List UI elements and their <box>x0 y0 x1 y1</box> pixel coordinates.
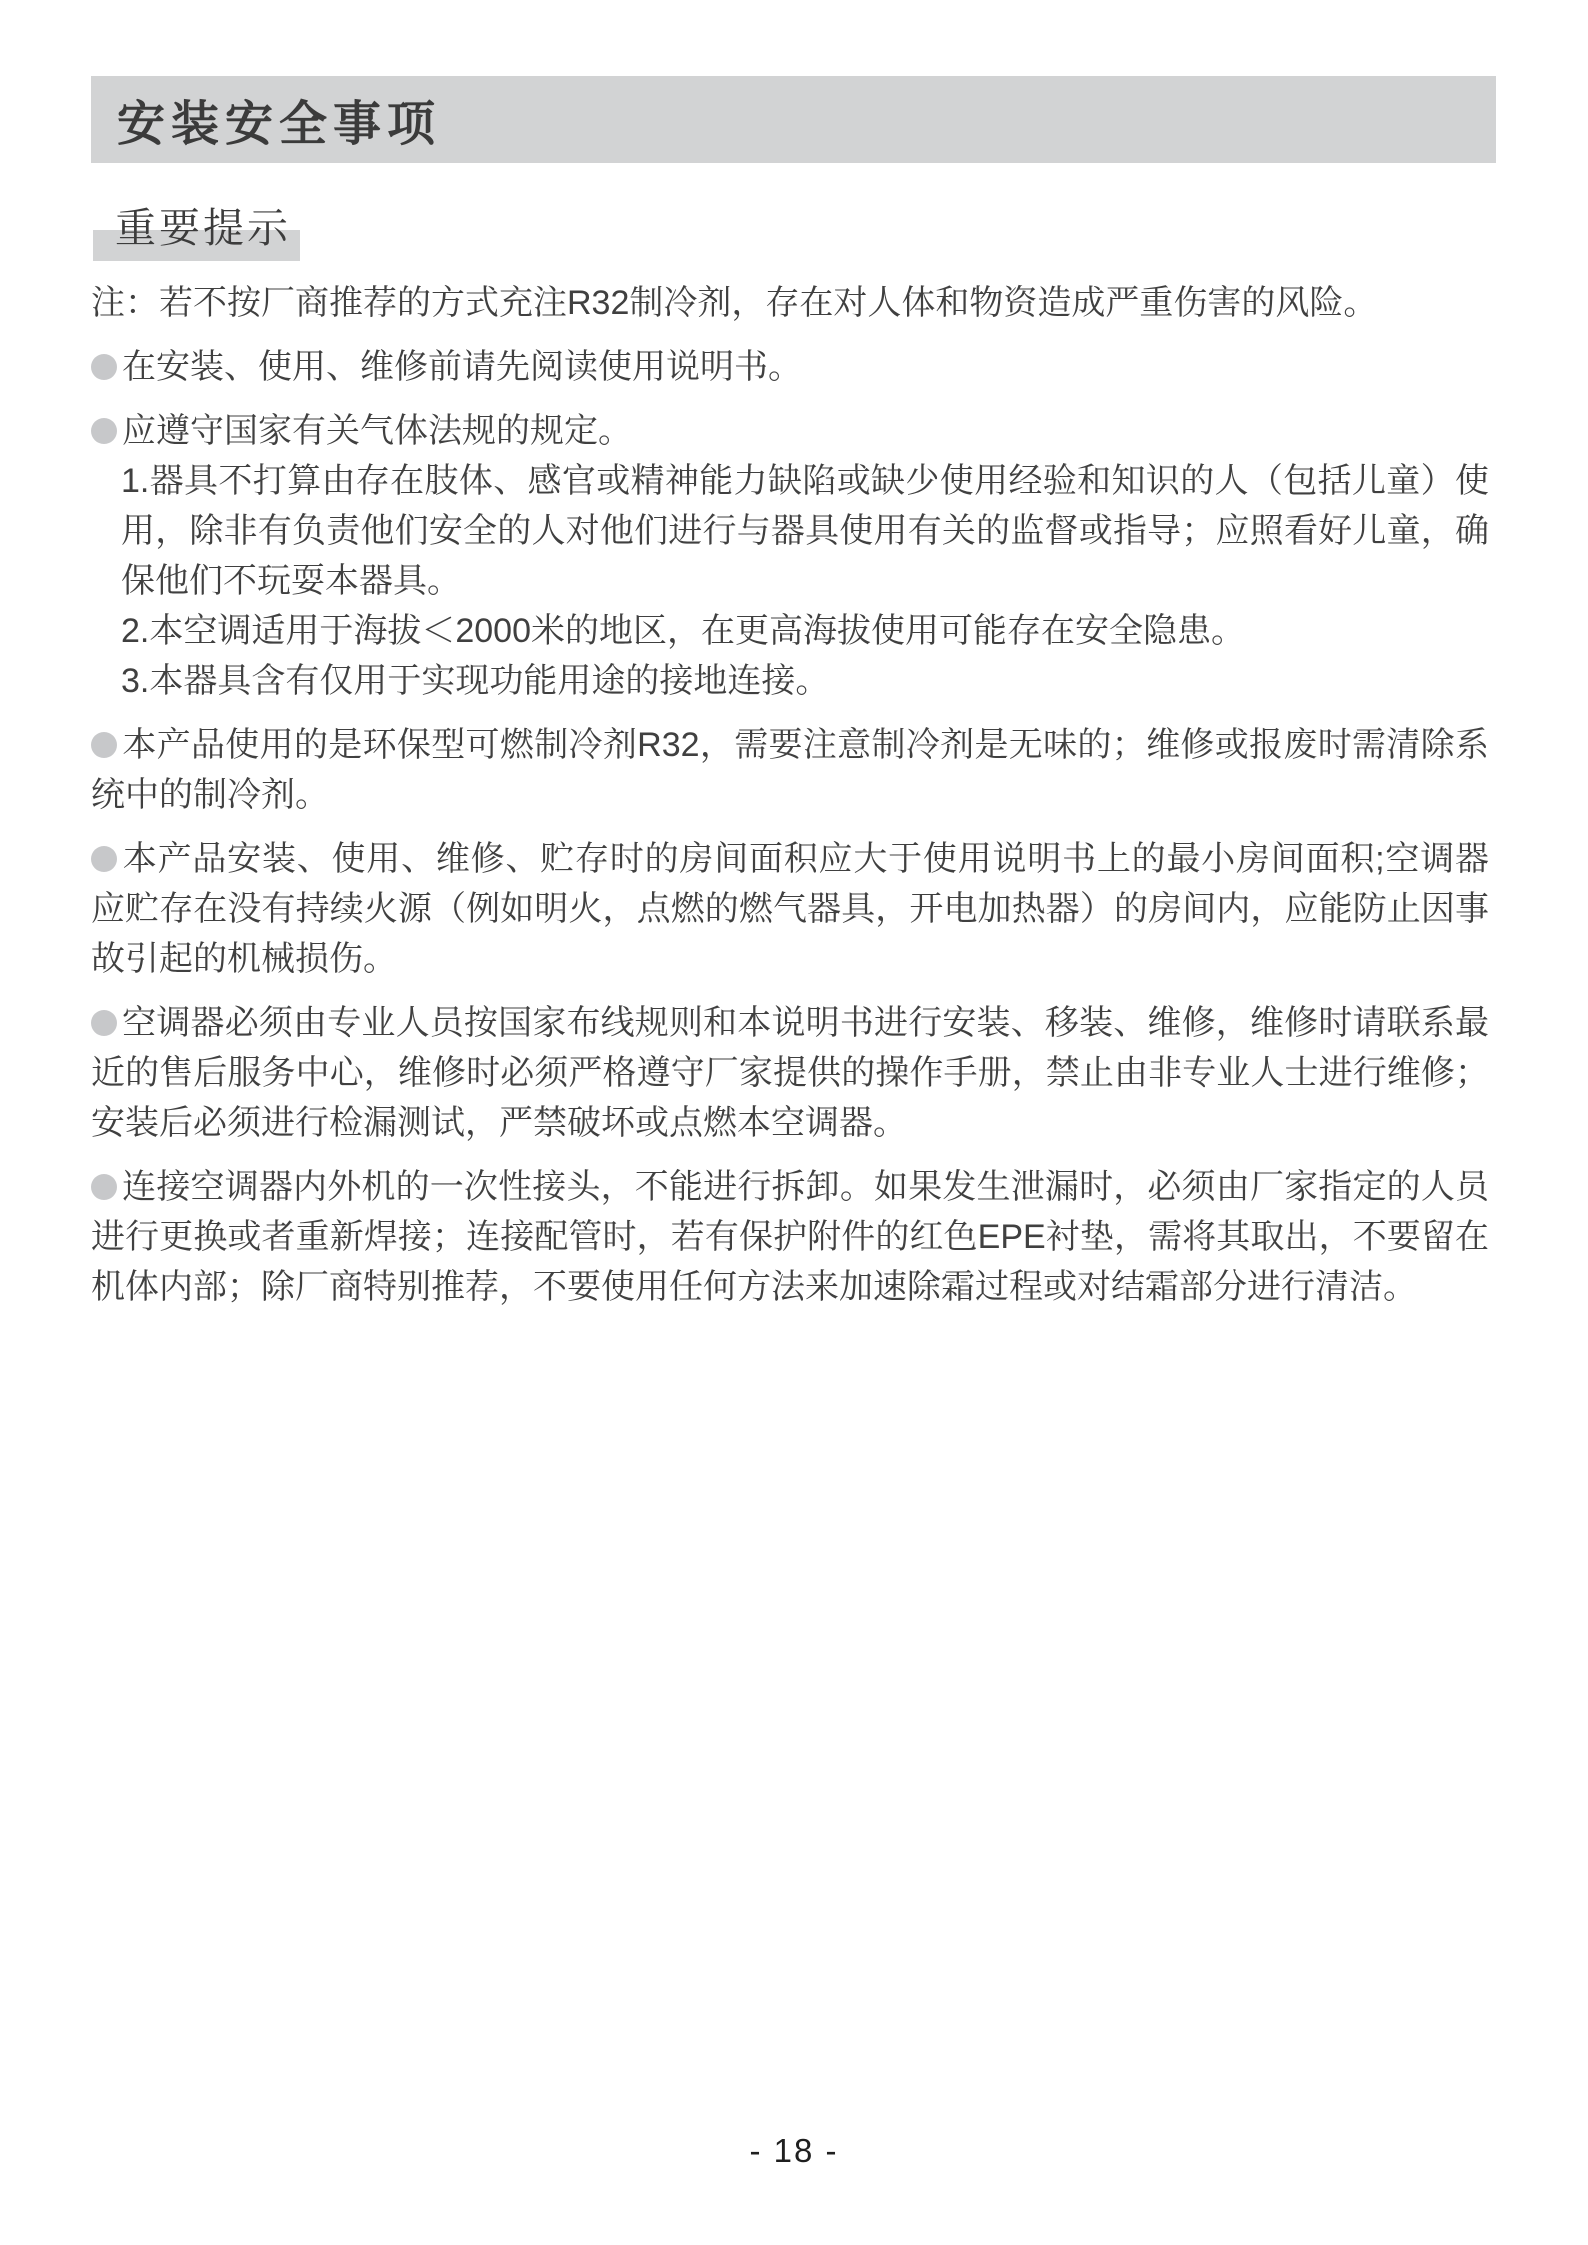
bullet-text: 应遵守国家有关气体法规的规定。 <box>122 412 632 450</box>
bullet-item: 空调器必须由专业人员按国家布线规则和本说明书进行安装、移装、维修，维修时请联系最… <box>91 998 1489 1148</box>
bullet-text: 本产品安装、使用、维修、贮存时的房间面积应大于使用说明书上的最小房间面积;空调器… <box>91 840 1489 978</box>
bullet-icon <box>91 846 117 872</box>
bullet-icon <box>91 1174 117 1200</box>
safety-instructions: 注：若不按厂商推荐的方式充注R32制冷剂，存在对人体和物资造成严重伤害的风险。 … <box>91 278 1489 1312</box>
bullet-icon <box>91 418 117 444</box>
bullet-item: 应遵守国家有关气体法规的规定。 <box>91 406 1489 456</box>
page-title: 安装安全事项 <box>91 85 441 154</box>
bullet-text: 连接空调器内外机的一次性接头，不能进行拆卸。如果发生泄漏时，必须由厂家指定的人员… <box>91 1168 1489 1306</box>
important-notes-title: 重要提示 <box>115 202 291 254</box>
note-paragraph: 注：若不按厂商推荐的方式充注R32制冷剂，存在对人体和物资造成严重伤害的风险。 <box>91 278 1489 328</box>
bullet-icon <box>91 1010 117 1036</box>
sublist-item: 3.本器具含有仅用于实现功能用途的接地连接。 <box>121 656 1489 706</box>
sublist-item: 1.器具不打算由存在肢体、感官或精神能力缺陷或缺少使用经验和知识的人（包括儿童）… <box>121 456 1489 606</box>
bullet-item: 在安装、使用、维修前请先阅读使用说明书。 <box>91 342 1489 392</box>
bullet-text: 在安装、使用、维修前请先阅读使用说明书。 <box>122 348 802 386</box>
bullet-icon <box>91 732 117 758</box>
bullet-item: 连接空调器内外机的一次性接头，不能进行拆卸。如果发生泄漏时，必须由厂家指定的人员… <box>91 1162 1489 1312</box>
manual-page: 安装安全事项 重要提示 注：若不按厂商推荐的方式充注R32制冷剂，存在对人体和物… <box>0 0 1588 2245</box>
bullet-text: 本产品使用的是环保型可燃制冷剂R32，需要注意制冷剂是无味的；维修或报废时需清除… <box>91 726 1489 814</box>
bullet-text: 空调器必须由专业人员按国家布线规则和本说明书进行安装、移装、维修，维修时请联系最… <box>91 1004 1489 1142</box>
bullet-item: 本产品安装、使用、维修、贮存时的房间面积应大于使用说明书上的最小房间面积;空调器… <box>91 834 1489 984</box>
regulation-sublist: 1.器具不打算由存在肢体、感官或精神能力缺陷或缺少使用经验和知识的人（包括儿童）… <box>91 456 1489 706</box>
bullet-item: 本产品使用的是环保型可燃制冷剂R32，需要注意制冷剂是无味的；维修或报废时需清除… <box>91 720 1489 820</box>
sublist-item: 2.本空调适用于海拔＜2000米的地区，在更高海拔使用可能存在安全隐患。 <box>121 606 1489 656</box>
page-number: - 18 - <box>0 2132 1588 2170</box>
note-text: 注：若不按厂商推荐的方式充注R32制冷剂，存在对人体和物资造成严重伤害的风险。 <box>91 284 1377 322</box>
bullet-icon <box>91 354 117 380</box>
important-notes-heading: 重要提示 <box>91 202 491 264</box>
section-header-bar: 安装安全事项 <box>91 76 1496 163</box>
